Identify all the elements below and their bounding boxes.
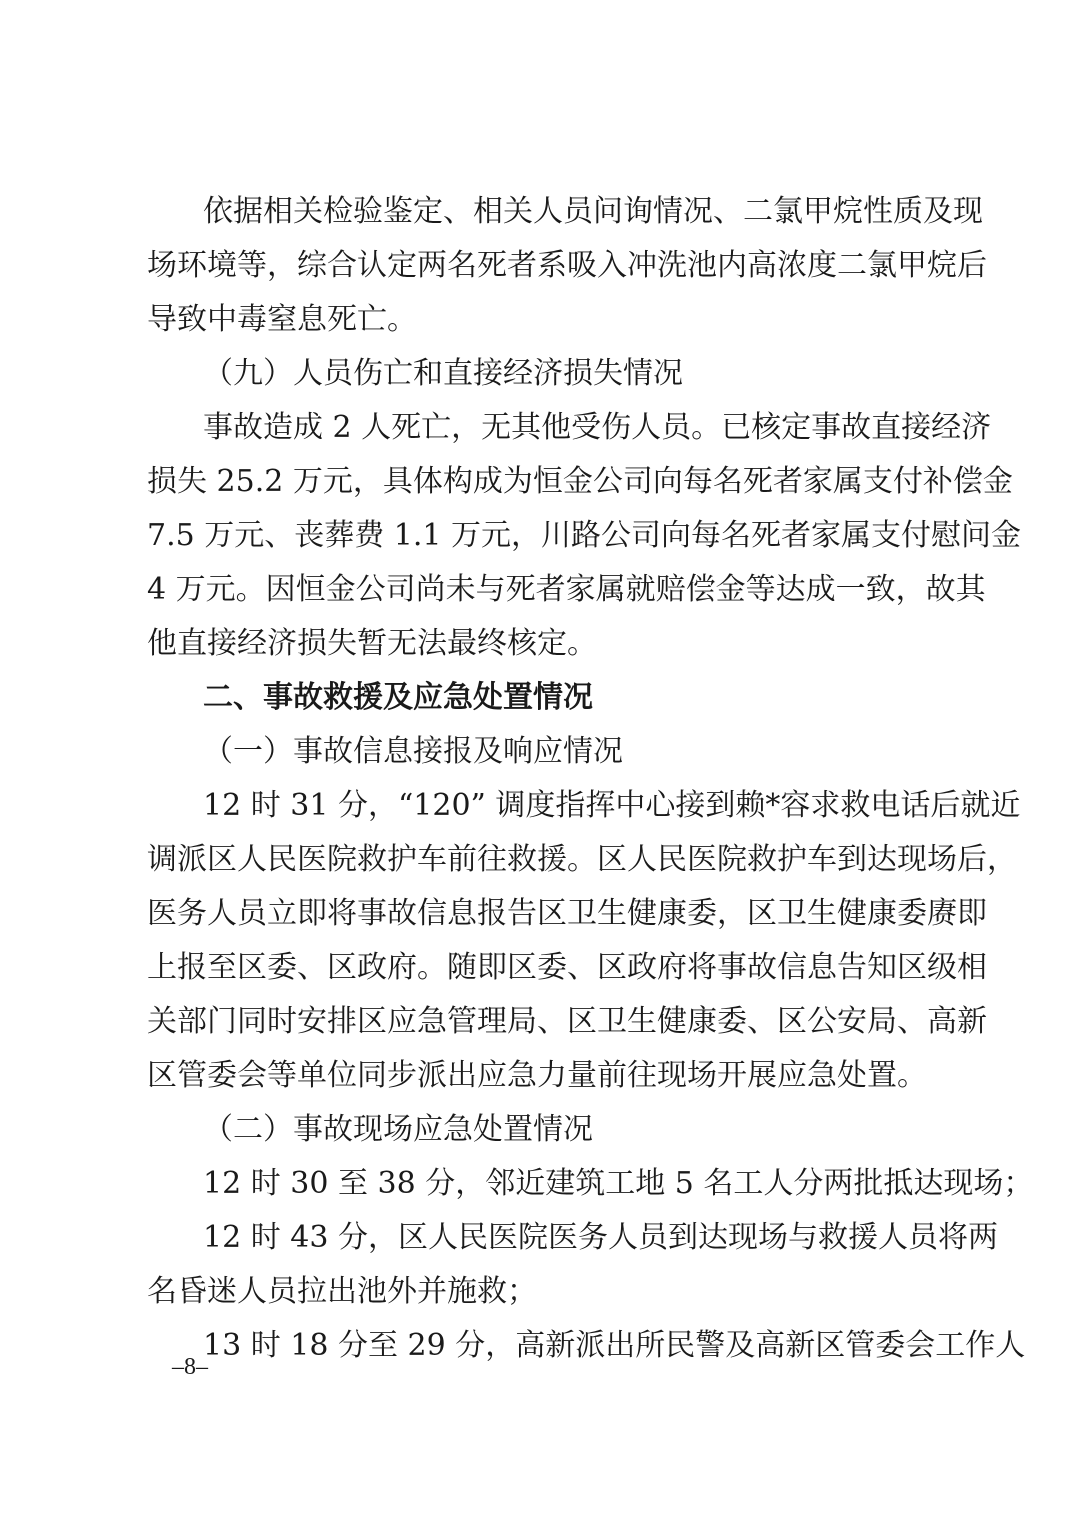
paragraph-line: 12 时 43 分，区人民医院医务人员到达现场与救援人员将两 <box>203 1220 942 1256</box>
paragraph-line: 事故造成 2 人死亡，无其他受伤人员。已核定事故直接经济 <box>203 410 942 446</box>
subsection-heading: （二）事故现场应急处置情况 <box>203 1112 942 1148</box>
paragraph-line: 12 时 31 分，“120” 调度指挥中心接到赖*容求救电话后就近 <box>203 788 942 824</box>
subsection-heading: （一）事故信息接报及响应情况 <box>203 734 942 770</box>
paragraph-line: 7.5 万元、丧葬费 1.1 万元，川路公司向每名死者家属支付慰问金 <box>147 518 942 554</box>
page-number: –8– <box>172 1353 208 1381</box>
paragraph-line: 导致中毒窒息死亡。 <box>147 302 942 338</box>
paragraph-line: 区管委会等单位同步派出应急力量前往现场开展应急处置。 <box>147 1058 942 1094</box>
paragraph-line: 关部门同时安排区应急管理局、区卫生健康委、区公安局、高新 <box>147 1004 942 1040</box>
paragraph-line: 上报至区委、区政府。随即区委、区政府将事故信息告知区级相 <box>147 950 942 986</box>
section-heading: 二、事故救援及应急处置情况 <box>203 680 942 716</box>
paragraph-line: 调派区人民医院救护车前往救援。区人民医院救护车到达现场后， <box>147 842 942 878</box>
paragraph-line: 医务人员立即将事故信息报告区卫生健康委，区卫生健康委赓即 <box>147 896 942 932</box>
paragraph-line: 他直接经济损失暂无法最终核定。 <box>147 626 942 662</box>
paragraph-line: 4 万元。因恒金公司尚未与死者家属就赔偿金等达成一致，故其 <box>147 572 942 608</box>
paragraph-line: 13 时 18 分至 29 分，高新派出所民警及高新区管委会工作人 <box>203 1328 942 1364</box>
subsection-heading: （九）人员伤亡和直接经济损失情况 <box>203 356 942 392</box>
document-page: 依据相关检验鉴定、相关人员问询情况、二氯甲烷性质及现场环境等，综合认定两名死者系… <box>0 0 1074 1520</box>
paragraph-line: 依据相关检验鉴定、相关人员问询情况、二氯甲烷性质及现 <box>203 194 942 230</box>
paragraph-line: 损失 25.2 万元，具体构成为恒金公司向每名死者家属支付补偿金 <box>147 464 942 500</box>
paragraph-line: 场环境等，综合认定两名死者系吸入冲洗池内高浓度二氯甲烷后 <box>147 248 942 284</box>
paragraph-line: 名昏迷人员拉出池外并施救； <box>147 1274 942 1310</box>
paragraph-line: 12 时 30 至 38 分，邻近建筑工地 5 名工人分两批抵达现场； <box>203 1166 942 1202</box>
